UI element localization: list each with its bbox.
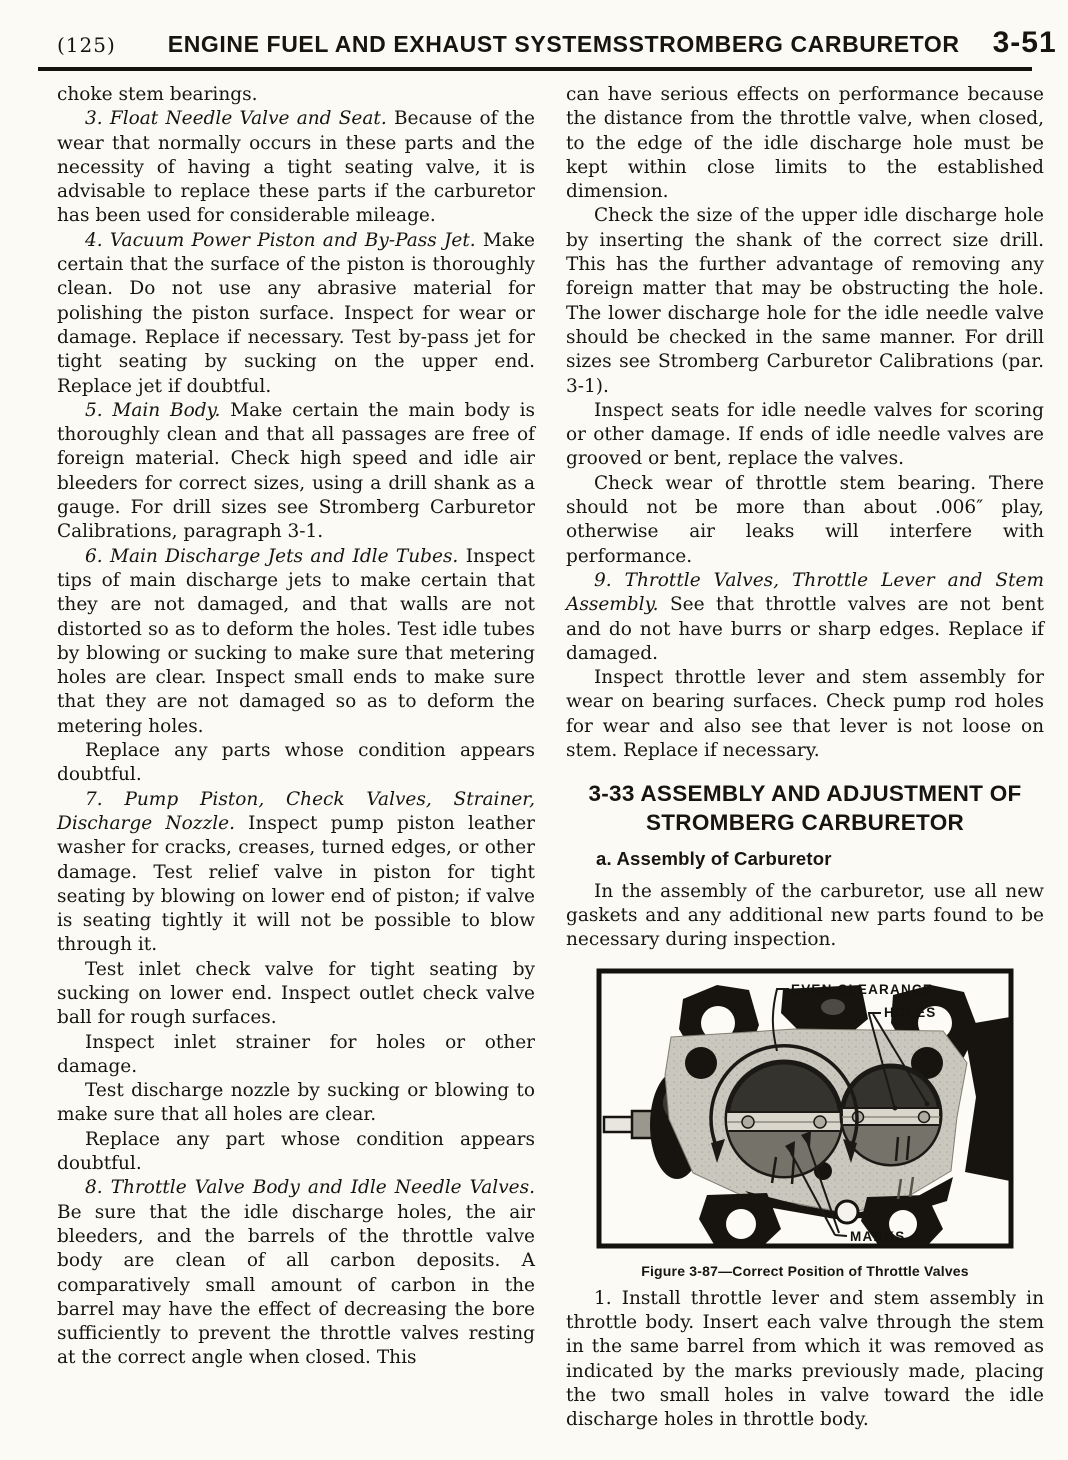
paragraph: Inspect seats for idle needle valves for… xyxy=(566,399,1044,472)
paragraph: 4. Vacuum Power Piston and By-Pass Jet. … xyxy=(57,229,535,399)
paragraph: 3. Float Needle Valve and Seat. Because … xyxy=(57,107,535,228)
paragraph: Test discharge nozzle by sucking or blow… xyxy=(57,1079,535,1128)
paragraph: Inspect inlet strainer for holes or othe… xyxy=(57,1031,535,1080)
paragraph-lead: 7. Pump Piston, Check Valves, Strainer, … xyxy=(57,789,535,834)
left-column: choke stem bearings.3. Float Needle Valv… xyxy=(57,83,535,1433)
paragraph-lead: 8. Throttle Valve Body and Idle Needle V… xyxy=(85,1177,535,1198)
paragraph: 1. Install throttle lever and stem assem… xyxy=(566,1287,1044,1433)
paragraph-lead: 5. Main Body. xyxy=(85,400,230,421)
subsection-heading: a. Assembly of Carburetor xyxy=(596,847,1044,871)
paragraph: Check the size of the upper idle dischar… xyxy=(566,204,1044,398)
figure-label-holes: HOLES xyxy=(884,1005,937,1020)
paragraph-lead: 9. Throttle Valves, Throttle Lever and S… xyxy=(566,570,1044,615)
section-heading-line: 3-33 ASSEMBLY AND ADJUSTMENT OF xyxy=(566,779,1044,808)
paragraph: Replace any parts whose condition appear… xyxy=(57,739,535,788)
page-number: 3-51 xyxy=(993,26,1057,60)
paragraph-lead: 3. Float Needle Valve and Seat. xyxy=(85,108,394,129)
paragraph: can have serious effects on performance … xyxy=(566,83,1044,204)
right-column: can have serious effects on performance … xyxy=(566,83,1044,1433)
paragraph: choke stem bearings. xyxy=(57,83,535,107)
paragraph: 6. Main Discharge Jets and Idle Tubes. I… xyxy=(57,545,535,739)
paragraph-lead: 4. Vacuum Power Piston and By-Pass Jet. xyxy=(85,230,483,251)
paragraph: Inspect throttle lever and stem assembly… xyxy=(566,666,1044,763)
figure-label-even-clearance: EVEN CLEARANCE xyxy=(791,982,933,997)
figure-label-marks: MARKS xyxy=(850,1229,906,1244)
paragraph: 8. Throttle Valve Body and Idle Needle V… xyxy=(57,1176,535,1370)
figure-caption: Figure 3-87—Correct Position of Throttle… xyxy=(595,1259,1015,1283)
paragraph: 5. Main Body. Make certain the main body… xyxy=(57,399,535,545)
manual-page: (125) ENGINE FUEL AND EXHAUST SYSTEMS ST… xyxy=(0,0,1068,1460)
paragraph: 7. Pump Piston, Check Valves, Strainer, … xyxy=(57,788,535,958)
paragraph: In the assembly of the carburetor, use a… xyxy=(566,880,1044,953)
running-header: (125) ENGINE FUEL AND EXHAUST SYSTEMS ST… xyxy=(0,0,1068,60)
paragraph-lead: 6. Main Discharge Jets and Idle Tubes. xyxy=(85,546,466,567)
throttle-body-illustration: EVEN CLEARANCE HOLES MARKS xyxy=(595,967,1015,1250)
section-heading-line: STROMBERG CARBURETOR xyxy=(566,808,1044,837)
paragraph: Test inlet check valve for tight seating… xyxy=(57,958,535,1031)
paragraph: Replace any part whose condition appears… xyxy=(57,1128,535,1177)
issue-number: (125) xyxy=(57,33,116,57)
section-title: ENGINE FUEL AND EXHAUST SYSTEMS xyxy=(168,31,629,58)
figure-3-87: EVEN CLEARANCE HOLES MARKS Figure 3-87—C… xyxy=(595,967,1015,1283)
text-columns: choke stem bearings.3. Float Needle Valv… xyxy=(0,71,1068,1433)
section-heading: 3-33 ASSEMBLY AND ADJUSTMENT OFSTROMBERG… xyxy=(566,779,1044,837)
paragraph: 9. Throttle Valves, Throttle Lever and S… xyxy=(566,569,1044,666)
carburetor-photo: EVEN CLEARANCE HOLES MARKS xyxy=(595,967,1015,1250)
paragraph: Check wear of throttle stem bearing. The… xyxy=(566,472,1044,569)
chapter-title: STROMBERG CARBURETOR xyxy=(629,31,960,58)
